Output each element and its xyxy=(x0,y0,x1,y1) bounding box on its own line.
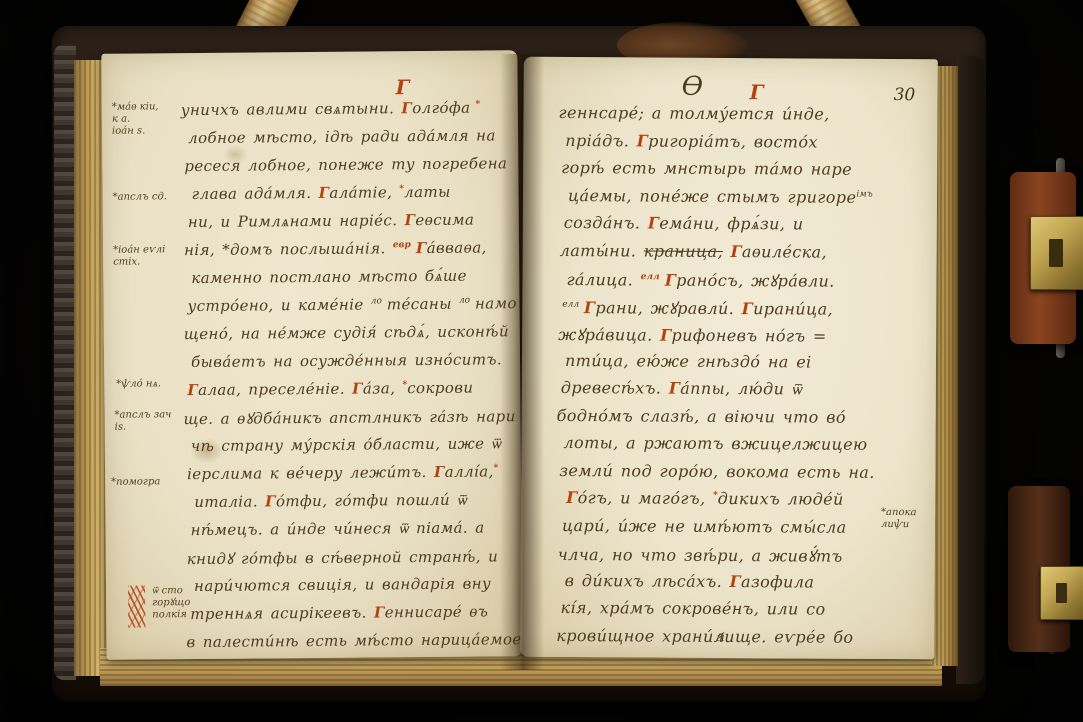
manuscript-line: глава ада́мля. Гала́тіе, *латы xyxy=(192,182,511,213)
manuscript-line: іерслима к ве́черу лежи́тъ. Галлі́а,* xyxy=(187,462,513,493)
text-segment: нари́чются свиція, и вандарія вну xyxy=(194,574,491,595)
margin-note-line: іѕ. xyxy=(115,421,193,434)
left-board-edge xyxy=(54,44,76,680)
text-segment: цари́, и́же не имѣ́ютъ смы́сла xyxy=(562,515,847,536)
clasp-bottom xyxy=(982,474,1083,674)
text-segment: быва́етъ на осужде́нныя изно́ситъ. xyxy=(191,350,502,371)
manuscript-line: каменно постлано мѣсто бѧ́ше xyxy=(191,266,511,297)
text-segment: Г xyxy=(660,326,672,345)
manuscript-line: нія, *домъ послыша́нія. евр Га́вваѳа, xyxy=(184,238,511,269)
text-segment: елл xyxy=(641,272,665,282)
text-segment: Г xyxy=(669,379,681,398)
catchword: г҃і xyxy=(716,630,725,645)
text-segment: Г xyxy=(404,211,415,229)
manuscript-line: ца́емы, поне́же стымъ григореімъ xyxy=(568,186,931,216)
text-segment: чѣ страну му́рскія о́бласти, иже ѿ xyxy=(191,434,502,455)
text-segment: пріа́дъ. xyxy=(565,130,637,149)
manuscript-line: пріа́дъ. Григоріа́тъ, восто́х xyxy=(565,130,931,160)
margin-note: *ма́ѳ кіи,к а.іоа́н ѕ. xyxy=(112,101,190,138)
manuscript-line: в палести́нѣ есть мѣ́сто нарица́емое xyxy=(186,630,514,661)
text-segment: Г xyxy=(318,184,329,202)
red-hatch-mark xyxy=(128,586,145,628)
text-segment: Г xyxy=(742,299,754,318)
text-segment: крови́щное храни́лище. еѵре́е бо xyxy=(556,625,853,646)
clasp-top xyxy=(982,154,1083,364)
text-segment: еѳсима xyxy=(415,211,474,230)
text-segment: ресеся лобное, понеже ту погребена xyxy=(184,154,507,175)
margin-note: *ѱло́ нѧ. xyxy=(116,378,194,391)
manuscript-line: ресеся лобное, понеже ту погребена xyxy=(184,154,510,185)
text-segment: * xyxy=(494,463,499,473)
text-segment: рифоневъ но́гъ = xyxy=(672,326,827,346)
manuscript-line: устро́ено, и каме́ніе ло те́саны ло намо xyxy=(187,294,511,325)
text-segment: Г xyxy=(352,380,363,398)
manuscript-line: лоты, а ржаютъ вжицелжицею xyxy=(563,433,929,463)
manuscript-line: италіа. Го́тфи, го́тфи пошли́ ѿ xyxy=(194,490,513,521)
margin-note: *іоа́н еѵлістіх. xyxy=(113,244,191,269)
manuscript-line: лобное мѣсто, ідѣ ради ада́мля на xyxy=(188,126,510,157)
text-segment: Г xyxy=(187,381,198,399)
text-segment xyxy=(723,241,731,260)
manuscript-line: нѣ́мецъ. а и́нде чи́неся ѿ піама́. а xyxy=(190,518,513,549)
text-segment: книдꙋ го́тфы в сѣ́верной странѣ́, и xyxy=(187,547,498,568)
photo-scene: Г уничхъ авлими свѧтыни. Голго́фа *лобно… xyxy=(0,0,1083,722)
left_page-lines: уничхъ авлими свѧтыни. Голго́фа *лобное … xyxy=(186,98,515,661)
text-segment: жꙋра́вица. xyxy=(558,325,660,345)
text-segment: латы́ни. xyxy=(560,240,644,260)
text-segment: Г xyxy=(584,298,596,317)
text-segment: Г xyxy=(730,572,742,591)
text-segment: ирани́ца, xyxy=(753,299,833,318)
text-segment: евр xyxy=(393,240,416,250)
text-segment: азофила xyxy=(741,572,814,591)
text-segment: каменно постлано мѣсто бѧ́ше xyxy=(191,267,467,287)
manuscript-line: га́лица. елл Грано́съ, жꙋра́вли. xyxy=(566,268,930,298)
text-segment: алаа, преселе́ніе. xyxy=(198,380,352,399)
manuscript-book: Г уничхъ авлими свѧтыни. Голго́фа *лобно… xyxy=(52,26,986,702)
manuscript-line: жꙋра́вица. Грифоневъ но́гъ = xyxy=(558,323,930,353)
clasp-brass-fitting xyxy=(1040,566,1083,620)
text-segment: земли́ под горо́ю, вокома есть на. xyxy=(559,460,875,481)
text-segment: бодно́мъ слазѣ́, а віючи что во́ xyxy=(557,405,846,426)
text-segment: Г xyxy=(401,99,412,117)
text-segment: а́ппы, лю́ди ѿ xyxy=(680,379,802,399)
manuscript-line: в ди́кихъ лѣса́хъ. Газофила xyxy=(565,571,929,601)
clasp-brass-fitting xyxy=(1030,216,1083,290)
text-segment: ще. а ѳꙋдба́никъ апстлникъ га́зѣ нари xyxy=(183,407,515,428)
text-segment: о́тфи, го́тфи пошли́ ѿ xyxy=(276,491,467,511)
running-title-left: Г xyxy=(396,75,410,99)
manuscript-line: уничхъ авлими свѧтыни. Голго́фа * xyxy=(181,98,510,129)
manuscript-line: ни, и Римлѧнами наріе́с. Геѳсима xyxy=(188,210,511,241)
text-segment: аѳиле́ска, xyxy=(742,242,827,262)
text-segment: нія, *домъ послыша́нія. xyxy=(184,239,393,259)
text-segment: * xyxy=(470,100,480,110)
manuscript-line: древесѣ́хъ. Га́ппы, лю́ди ѿ xyxy=(561,378,930,408)
text-segment: треннѧя асирікеевъ. xyxy=(190,603,374,623)
manuscript-line: горѣ́ есть мнстырь та́мо наре xyxy=(561,158,931,188)
manuscript-line: щено́, на не́мже судія́ сѣдѧ́, исконѣ́й xyxy=(184,322,512,353)
text-segment: Г xyxy=(434,463,445,481)
text-segment: лоты, а ржаютъ вжицелжицею xyxy=(563,433,867,454)
margin-note: *апслъ зачіѕ. xyxy=(114,409,192,434)
manuscript-line: пти́ца, ею́же гнѣздо́ на еі xyxy=(565,350,930,380)
text-segment: краница, xyxy=(644,241,723,260)
manuscript-line: земли́ под горо́ю, вокома есть на. xyxy=(559,460,929,490)
text-segment: аллі́а, xyxy=(445,462,494,480)
text-segment: ло xyxy=(459,296,475,306)
manuscript-line: Галаа, преселе́ніе. Га́за, *сокрови xyxy=(187,378,512,409)
text-segment: рани, жꙋравли́. xyxy=(595,298,741,318)
text-segment: Г xyxy=(566,488,578,507)
margin-note-line: *помогра xyxy=(111,476,189,489)
right-board-edge xyxy=(956,56,984,684)
text-segment: Г xyxy=(665,271,677,290)
text-segment: члча, но что звѣ́ри, а живꙋ́тъ xyxy=(558,545,843,566)
text-segment: лобное мѣсто, ідѣ ради ада́мля на xyxy=(188,126,496,147)
text-segment: ала́тіе, xyxy=(329,183,399,202)
manuscript-line: бодно́мъ слазѣ́, а віючи что во́ xyxy=(557,405,930,435)
text-segment: нѣ́мецъ. а и́нде чи́неся ѿ піама́. а xyxy=(190,519,484,540)
manuscript-line: книдꙋ го́тфы в сѣ́верной странѣ́, и xyxy=(187,546,514,577)
manuscript-line: Го́гъ, и маго́гъ, *дикихъ люде́й xyxy=(566,488,929,518)
text-segment: уничхъ авлими свѧтыни. xyxy=(181,99,402,119)
text-segment: іерслима к ве́черу лежи́тъ. xyxy=(187,463,434,483)
text-segment: глава ада́мля. xyxy=(192,184,319,203)
text-segment: елл xyxy=(562,299,584,309)
manuscript-line: крови́щное храни́лище. еѵре́е бо xyxy=(556,625,928,655)
text-segment: щено́, на не́мже судія́ сѣдѧ́, исконѣ́й xyxy=(184,322,509,343)
manuscript-line: чѣ страну му́рскія о́бласти, иже ѿ xyxy=(191,434,513,465)
text-segment: горѣ́ есть мнстырь та́мо наре xyxy=(561,158,852,179)
text-segment: а́за, xyxy=(363,379,403,397)
text-segment: ригоріа́тъ, восто́х xyxy=(648,131,818,151)
manuscript-line: кі́я, хра́мъ сокрове́нъ, или со xyxy=(560,598,928,628)
text-segment: рано́съ, жꙋра́вли. xyxy=(676,271,835,291)
text-segment: латы xyxy=(404,183,451,201)
manuscript-line: созда́нъ. Гема́ни, фрѧ́зи, и xyxy=(564,213,931,243)
manuscript-line: латы́ни. краница, Гаѳиле́ска, xyxy=(560,240,931,270)
text-segment: еннисаре́ ѳъ xyxy=(385,602,489,621)
manuscript-line: треннѧя асирікеевъ. Геннисаре́ ѳъ xyxy=(190,602,514,633)
manuscript-line: елл Грани, жꙋравли́. Гирани́ца, xyxy=(562,295,930,325)
margin-note-line: к а. xyxy=(112,113,190,126)
text-segment: ни, и Римлѧнами наріе́с. xyxy=(188,211,405,231)
manuscript-line: нари́чются свиція, и вандарія вну xyxy=(194,574,514,605)
manuscript-line: геннсаре́; а толму́ется и́нде, xyxy=(558,103,931,133)
manuscript-line: цари́, и́же не имѣ́ютъ смы́сла xyxy=(562,515,929,545)
margin-note-line: *іоа́н еѵлі xyxy=(113,244,191,257)
quire-mark: Ѳ xyxy=(682,72,704,102)
text-segment: пти́ца, ею́же гнѣздо́ на еі xyxy=(565,350,812,371)
margin-note-line: *ѱло́ нѧ. xyxy=(116,378,194,391)
margin-note-line: стіх. xyxy=(113,256,191,269)
manuscript-line: члча, но что звѣ́ри, а живꙋ́тъ xyxy=(558,543,929,573)
text-segment: в ди́кихъ лѣса́хъ. xyxy=(565,571,730,591)
text-segment: Г xyxy=(637,131,649,150)
text-segment: ца́емы, поне́же стымъ григоре xyxy=(568,186,856,207)
text-segment: олго́фа xyxy=(412,99,470,118)
margin-note-line: *апслъ сд. xyxy=(113,191,191,204)
text-segment: намо xyxy=(475,294,517,312)
text-segment: імъ xyxy=(856,189,872,199)
text-segment: созда́нъ. xyxy=(564,213,648,233)
text-segment: сокрови xyxy=(407,379,473,398)
page-number: 30 xyxy=(894,85,916,105)
manuscript-line: быва́етъ на осужде́нныя изно́ситъ. xyxy=(191,350,512,381)
text-segment: италіа. xyxy=(194,492,265,511)
text-segment: ема́ни, фрѧ́зи, и xyxy=(659,214,803,234)
text-segment: Г xyxy=(730,242,742,261)
margin-note-line: *ма́ѳ кіи, xyxy=(112,101,190,114)
text-segment: о́гъ, и маго́гъ, xyxy=(578,488,714,508)
right_page-lines: геннсаре́; а толму́ется и́нде,пріа́дъ. Г… xyxy=(560,103,931,655)
text-segment: Г xyxy=(416,239,427,257)
text-segment: Г xyxy=(374,603,385,621)
text-segment: те́саны xyxy=(387,295,459,314)
text-segment: Г xyxy=(648,214,660,233)
right-page: Ѳ Г 30 геннсаре́; а толму́ется и́нде,прі… xyxy=(520,57,938,660)
text-segment: а́вваѳа, xyxy=(427,238,487,257)
margin-note-line: іоа́н ѕ. xyxy=(112,125,190,138)
left-page: Г уничхъ авлими свѧтыни. Голго́фа *лобно… xyxy=(101,50,522,660)
text-segment: га́лица. xyxy=(566,270,640,289)
text-segment: кі́я, хра́мъ сокрове́нъ, или со xyxy=(560,598,825,619)
margin-note: *помогра xyxy=(111,476,189,489)
text-segment: в палести́нѣ есть мѣ́сто нарица́емое xyxy=(186,630,521,651)
text-segment: геннсаре́; а толму́ется и́нде, xyxy=(558,103,829,124)
text-segment: Г xyxy=(265,492,276,510)
manuscript-line: ще. а ѳꙋдба́никъ апстлникъ га́зѣ нари xyxy=(183,406,512,437)
text-segment: ло xyxy=(371,296,387,306)
margin-note: *апслъ сд. xyxy=(113,191,191,204)
margin-note-line: *апслъ зач xyxy=(114,409,192,422)
text-segment: устро́ено, и каме́ніе xyxy=(187,295,370,315)
text-segment: древесѣ́хъ. xyxy=(561,378,669,398)
text-segment: дикихъ люде́й xyxy=(718,489,844,509)
running-title-right: Г xyxy=(750,80,764,104)
